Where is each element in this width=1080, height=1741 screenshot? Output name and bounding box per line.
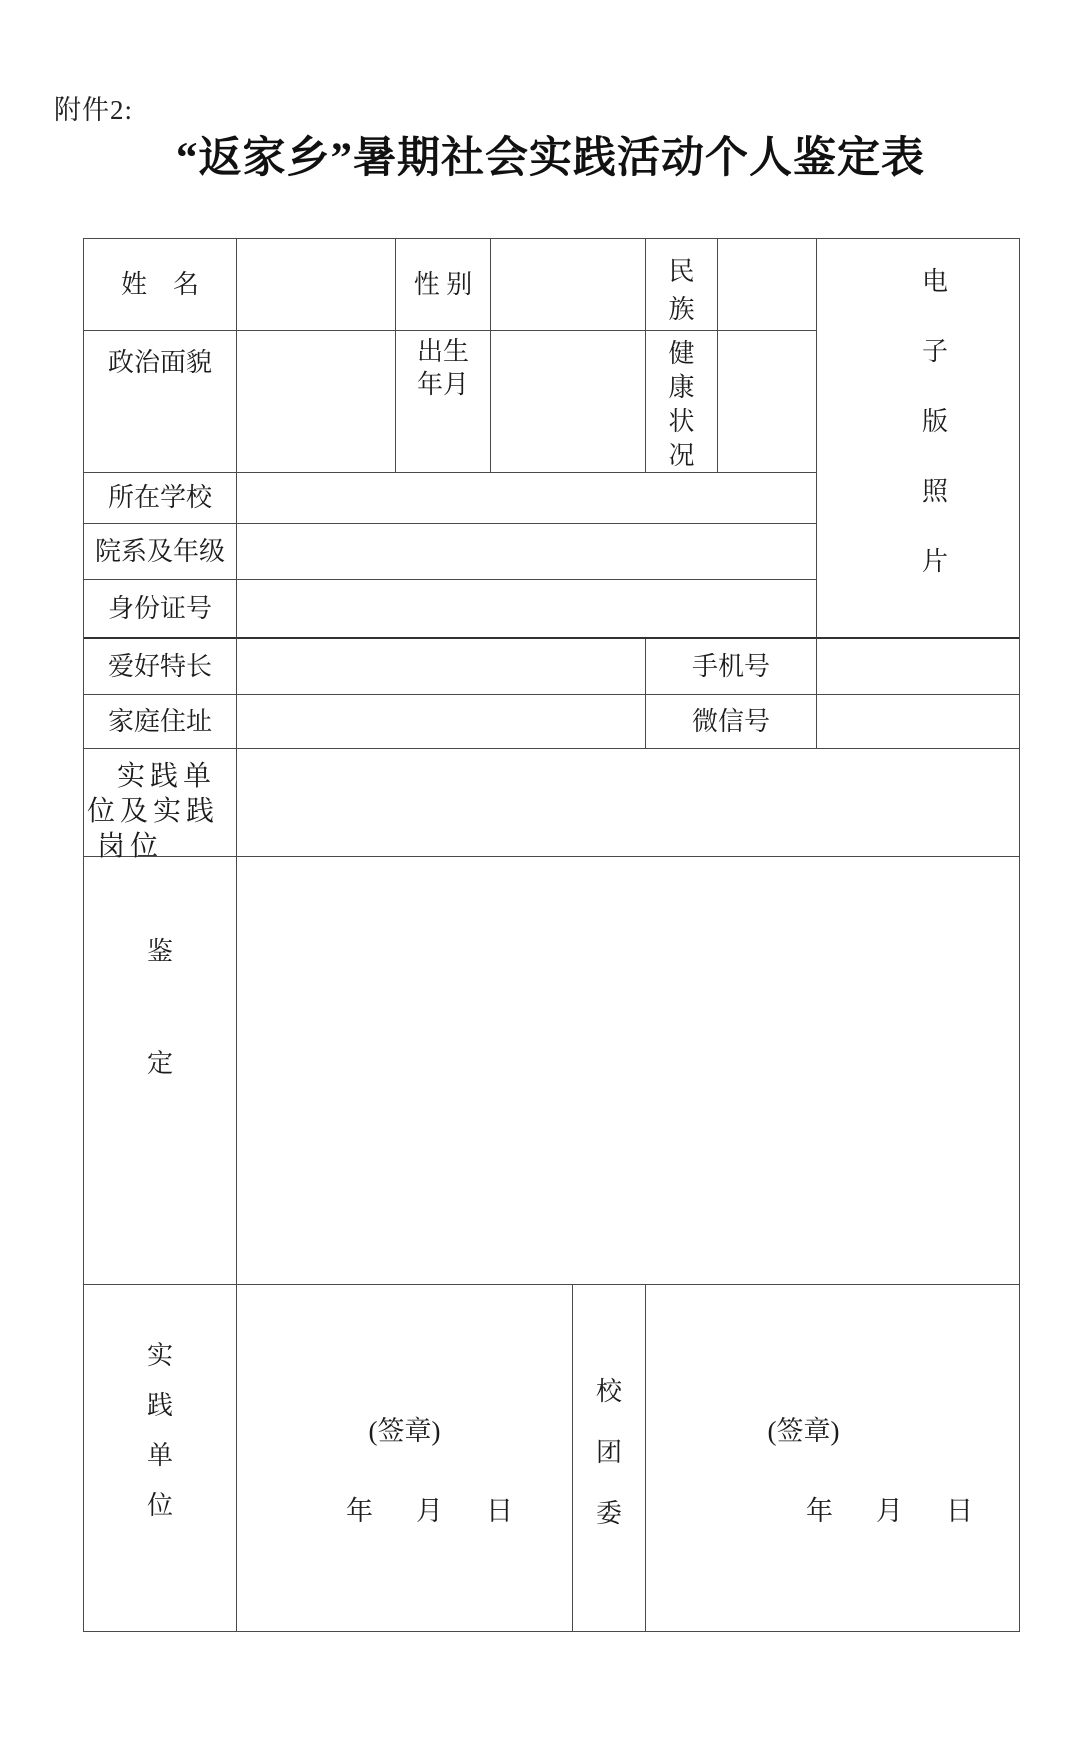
phone-value-cell bbox=[817, 639, 1019, 695]
school-label: 所在学校 bbox=[84, 473, 237, 524]
name-value-cell bbox=[237, 239, 396, 331]
school-value-cell bbox=[237, 473, 817, 524]
health-status-value-cell bbox=[718, 331, 817, 473]
date-label: 年 月 日 bbox=[806, 1495, 981, 1527]
school-league-signature-cell: (签章) 年 月 日 bbox=[646, 1285, 1019, 1631]
birth-date-value-cell bbox=[491, 331, 646, 473]
school-league-label: 校 团 委 bbox=[573, 1285, 646, 1631]
attachment-label: 附件2: bbox=[54, 88, 133, 127]
wechat-value-cell bbox=[817, 695, 1019, 749]
gender-label: 性 别 bbox=[396, 239, 491, 331]
appraisal-value-cell bbox=[237, 857, 1019, 1285]
seal-label: (签章) bbox=[369, 1415, 441, 1447]
ethnicity-value-cell bbox=[718, 239, 817, 331]
date-label: 年 月 日 bbox=[346, 1495, 521, 1527]
hobby-value-cell bbox=[237, 639, 646, 695]
health-status-label: 健 康 状 况 bbox=[646, 331, 718, 473]
practice-unit-position-label: 实践单 位及实践 岗位 bbox=[84, 749, 237, 857]
seal-label: (签章) bbox=[768, 1415, 840, 1447]
home-address-value-cell bbox=[237, 695, 646, 749]
department-grade-value-cell bbox=[237, 524, 817, 580]
political-status-label: 政治面貌 bbox=[84, 331, 237, 473]
department-grade-label: 院系及年级 bbox=[84, 524, 237, 580]
page-title: “返家乡”暑期社会实践活动个人鉴定表 bbox=[83, 124, 1018, 185]
gender-value-cell bbox=[491, 239, 646, 331]
appraisal-label: 鉴 定 bbox=[84, 857, 237, 1285]
hobby-label: 爱好特长 bbox=[84, 639, 237, 695]
wechat-label: 微信号 bbox=[646, 695, 817, 749]
id-number-label: 身份证号 bbox=[84, 580, 237, 639]
practice-unit-label: 实 践 单 位 bbox=[84, 1285, 237, 1631]
photo-placeholder-cell: 电 子 版 照 片 bbox=[817, 239, 1019, 639]
phone-label: 手机号 bbox=[646, 639, 817, 695]
practice-unit-signature-cell: (签章) 年 月 日 bbox=[237, 1285, 573, 1631]
home-address-label: 家庭住址 bbox=[84, 695, 237, 749]
form-document: { "page": { "attachment": "附件2:", "title… bbox=[0, 0, 1080, 1741]
political-status-value-cell bbox=[237, 331, 396, 473]
practice-unit-position-label-line: 实践单 bbox=[117, 759, 216, 794]
ethnicity-label: 民 族 bbox=[646, 239, 718, 331]
id-number-value-cell bbox=[237, 580, 817, 639]
appraisal-form-table: 姓 名 性 别 民 族 电 子 版 照 片 政治面貌 出生 年月 健 康 状 况… bbox=[83, 238, 1020, 1632]
birth-date-label: 出生 年月 bbox=[396, 331, 491, 473]
practice-unit-position-value-cell bbox=[237, 749, 1019, 857]
practice-unit-position-label-line: 位及实践 bbox=[87, 794, 219, 829]
name-label: 姓 名 bbox=[84, 239, 237, 331]
